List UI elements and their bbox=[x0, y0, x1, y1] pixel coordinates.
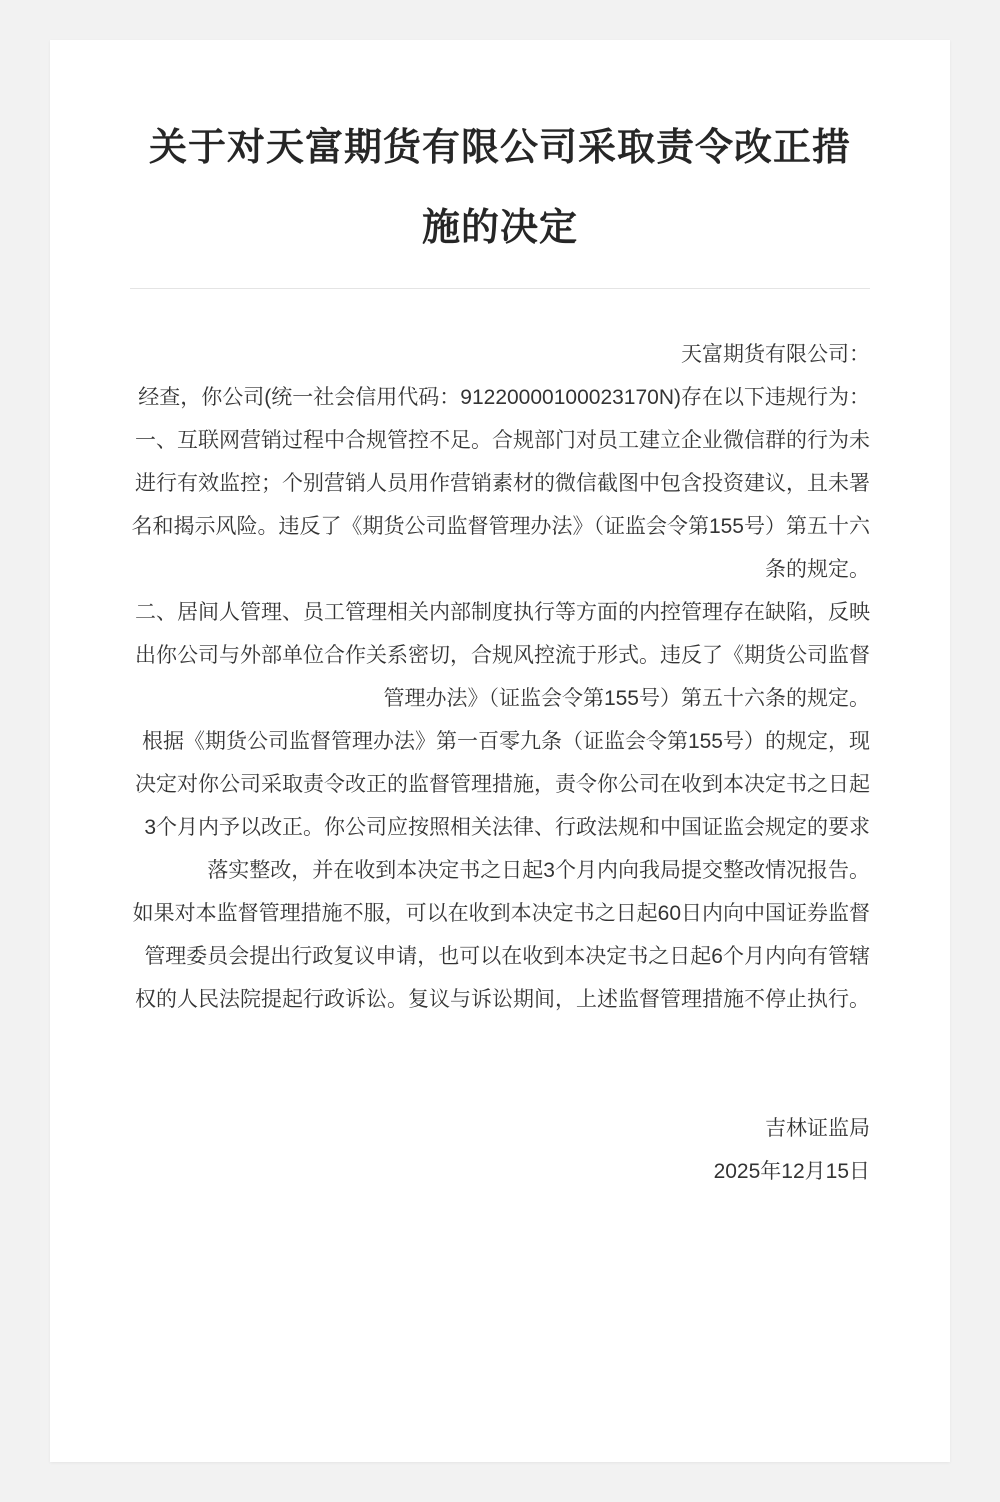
issuer-signature: 吉林证监局 bbox=[130, 1107, 870, 1150]
document-date: 2025年12月15日 bbox=[130, 1150, 870, 1193]
paragraph-violation-2: 二、居间人管理、员工管理相关内部制度执行等方面的内控管理存在缺陷，反映出你公司与… bbox=[130, 591, 870, 720]
page-background: 关于对天富期货有限公司采取责令改正措施的决定 天富期货有限公司： 经查，你公司(… bbox=[0, 0, 1000, 1502]
paragraph-findings-intro: 经查，你公司(统一社会信用代码：91220000100023170N)存在以下违… bbox=[130, 376, 870, 419]
document-body: 天富期货有限公司： 经查，你公司(统一社会信用代码：91220000100023… bbox=[130, 333, 870, 1193]
paragraph-appeal-rights: 如果对本监督管理措施不服，可以在收到本决定书之日起60日内向中国证券监督管理委员… bbox=[130, 892, 870, 1021]
recipient-line: 天富期货有限公司： bbox=[130, 333, 870, 376]
paragraph-violation-1: 一、互联网营销过程中合规管控不足。合规部门对员工建立企业微信群的行为未进行有效监… bbox=[130, 419, 870, 591]
document-title: 关于对天富期货有限公司采取责令改正措施的决定 bbox=[130, 108, 870, 268]
article-card: 关于对天富期货有限公司采取责令改正措施的决定 天富期货有限公司： 经查，你公司(… bbox=[50, 40, 950, 1462]
signature-spacer bbox=[130, 1021, 870, 1107]
paragraph-decision: 根据《期货公司监督管理办法》第一百零九条（证监会令第155号）的规定，现决定对你… bbox=[130, 720, 870, 892]
title-divider bbox=[130, 288, 870, 289]
